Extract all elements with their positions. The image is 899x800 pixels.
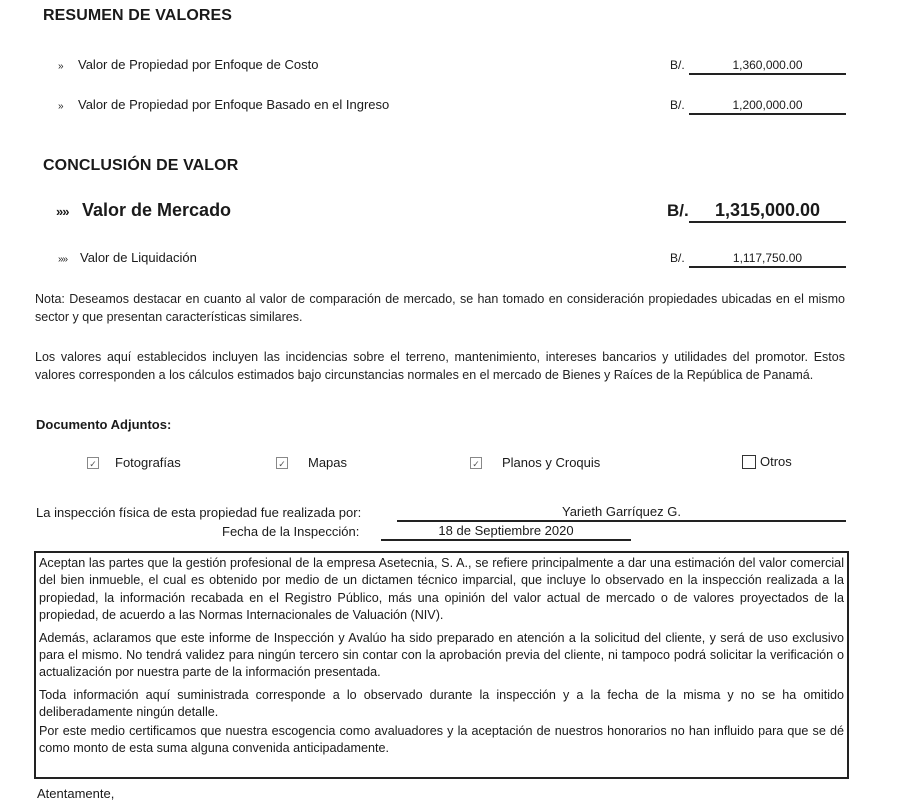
double-bullet-icon: »» xyxy=(56,204,82,219)
values-paragraph: Los valores aquí establecidos incluyen l… xyxy=(35,348,845,384)
currency-label: B/. xyxy=(670,98,685,112)
summary-title: RESUMEN DE VALORES xyxy=(43,7,232,25)
summary-row-cost: »Valor de Propiedad por Enfoque de Costo xyxy=(58,57,318,72)
market-value-label: Valor de Mercado xyxy=(82,200,231,220)
summary-row-label: Valor de Propiedad por Enfoque de Costo xyxy=(78,57,318,72)
liquidation-value-row: »»Valor de Liquidación xyxy=(58,250,197,265)
summary-amount-income: 1,200,000.00 xyxy=(689,97,846,115)
inspector-name: Yarieth Garríquez G. xyxy=(397,503,846,522)
inspection-date-value: 18 de Septiembre 2020 xyxy=(381,522,631,541)
bullet-icon: » xyxy=(58,61,78,72)
checkbox-empty-icon[interactable] xyxy=(742,455,756,469)
disclaimer-paragraph: Aceptan las partes que la gestión profes… xyxy=(39,555,844,625)
bullet-icon: » xyxy=(58,101,78,112)
inspection-date-label: Fecha de la Inspección: xyxy=(222,524,359,539)
market-value-amount: 1,315,000.00 xyxy=(689,199,846,223)
attachment-label: Mapas xyxy=(308,455,347,470)
disclaimer-paragraph: Por este medio certificamos que nuestra … xyxy=(39,723,844,758)
liquidation-value-amount: 1,117,750.00 xyxy=(689,250,846,268)
attachment-label: Planos y Croquis xyxy=(502,455,600,470)
summary-row-label: Valor de Propiedad por Enfoque Basado en… xyxy=(78,97,389,112)
attachment-fotografias[interactable]: ✓ Fotografías xyxy=(87,455,181,470)
currency-label: B/. xyxy=(667,201,689,221)
disclaimer-box: Aceptan las partes que la gestión profes… xyxy=(34,551,849,779)
checkbox-checked-icon[interactable]: ✓ xyxy=(470,457,482,469)
liquidation-value-label: Valor de Liquidación xyxy=(80,250,197,265)
currency-label: B/. xyxy=(670,58,685,72)
attachment-mapas[interactable]: ✓ Mapas xyxy=(276,455,347,470)
conclusion-title: CONCLUSIÓN DE VALOR xyxy=(43,157,238,175)
inspector-label: La inspección física de esta propiedad f… xyxy=(36,505,361,520)
checkbox-checked-icon[interactable]: ✓ xyxy=(276,457,288,469)
currency-label: B/. xyxy=(670,251,685,265)
note-paragraph: Nota: Deseamos destacar en cuanto al val… xyxy=(35,290,845,326)
closing-text: Atentamente, xyxy=(37,786,114,800)
attachment-planos[interactable]: ✓ Planos y Croquis xyxy=(470,455,600,470)
double-bullet-icon: »» xyxy=(58,254,80,265)
attachment-label: Fotografías xyxy=(115,455,181,470)
checkbox-checked-icon[interactable]: ✓ xyxy=(87,457,99,469)
attachment-label: Otros xyxy=(760,454,792,469)
summary-row-income: »Valor de Propiedad por Enfoque Basado e… xyxy=(58,97,389,112)
attachments-title: Documento Adjuntos: xyxy=(36,417,171,432)
disclaimer-paragraph: Además, aclaramos que este informe de In… xyxy=(39,630,844,682)
market-value-row: »»Valor de Mercado xyxy=(56,200,231,221)
summary-amount-cost: 1,360,000.00 xyxy=(689,57,846,75)
attachment-otros[interactable]: Otros xyxy=(742,454,792,469)
disclaimer-paragraph: Toda información aquí suministrada corre… xyxy=(39,687,844,722)
